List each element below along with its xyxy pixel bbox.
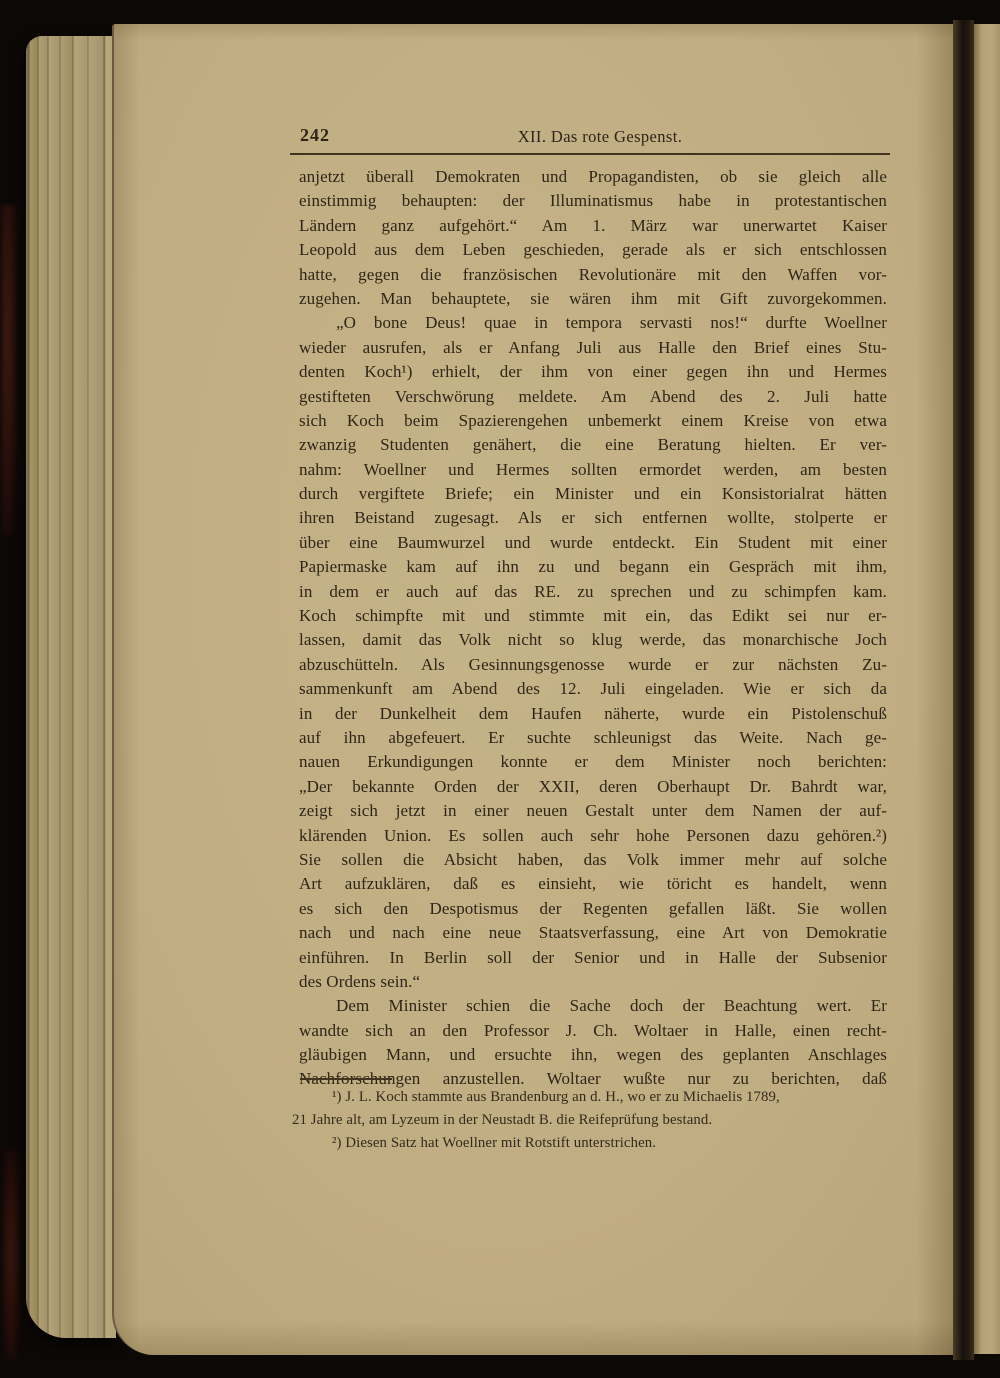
text-line: Sie sollen die Absicht haben, das Volk i…	[299, 848, 887, 872]
text-line: hatte, gegen die französischen Revolutio…	[299, 263, 887, 287]
text-line: auf ihn abgefeuert. Er suchte schleunigs…	[299, 726, 887, 750]
text-line: ihren Beistand zugesagt. Als er sich ent…	[299, 506, 887, 530]
text-line: klärenden Union. Es sollen auch sehr hoh…	[299, 824, 887, 848]
footnote-line: ²) Diesen Satz hat Woellner mit Rotstift…	[292, 1132, 886, 1155]
footnote-rule	[300, 1078, 392, 1080]
text-line: gläubigen Mann, und ersuchte ihn, wegen …	[299, 1043, 887, 1067]
text-line: Art aufzuklären, daß es einsieht, wie tö…	[299, 872, 887, 896]
book-cover-red-edge	[1, 205, 17, 535]
text-line: es sich den Despotismus der Regenten gef…	[299, 897, 887, 921]
text-line: „O bone Deus! quae in tempora servasti n…	[299, 311, 887, 335]
text-line: abzuschütteln. Als Gesinnungsgenosse wur…	[299, 653, 887, 677]
text-line: Dem Minister schien die Sache doch der B…	[299, 994, 887, 1018]
text-line: zugehen. Man behauptete, sie wären ihm m…	[299, 287, 887, 311]
text-line: „Der bekannte Orden der XXII, deren Ober…	[299, 775, 887, 799]
footnote-line: 21 Jahre alt, am Lyzeum in der Neustadt …	[292, 1109, 886, 1132]
page-stack-edges	[26, 36, 116, 1338]
header-rule	[290, 153, 890, 155]
footnotes: ¹) J. L. Koch stammte aus Brandenburg an…	[292, 1086, 886, 1155]
footnote-line: ¹) J. L. Koch stammte aus Brandenburg an…	[292, 1086, 886, 1109]
next-page-edge	[974, 24, 1000, 1354]
text-line: Papiermaske kam auf ihn zu und begann ei…	[299, 555, 887, 579]
text-line: lassen, damit das Volk nicht so klug wer…	[299, 628, 887, 652]
text-line: sich Koch beim Spazierengehen unbemerkt …	[299, 409, 887, 433]
text-line: über eine Baumwurzel und wurde entdeckt.…	[299, 531, 887, 555]
text-line: zwanzig Studenten genähert, die eine Ber…	[299, 433, 887, 457]
text-line: wieder ausrufen, als er Anfang Juli aus …	[299, 336, 887, 360]
text-line: anjetzt überall Demokraten und Propagand…	[299, 165, 887, 189]
text-line: nauen Erkundigungen konnte er dem Minist…	[299, 750, 887, 774]
page-header: 242 XII. Das rote Gespenst.	[300, 125, 900, 149]
body-text: anjetzt überall Demokraten und Propagand…	[299, 165, 887, 1092]
text-line: des Ordens sein.“	[299, 970, 887, 994]
text-line: einführen. In Berlin soll der Senior und…	[299, 946, 887, 970]
running-title: XII. Das rote Gespenst.	[300, 127, 900, 147]
text-line: einstimmig behaupten: der Illuminatismus…	[299, 189, 887, 213]
text-line: sammenkunft am Abend des 12. Juli eingel…	[299, 677, 887, 701]
text-line: Leopold aus dem Leben geschieden, gerade…	[299, 238, 887, 262]
text-line: durch vergiftete Briefe; ein Minister un…	[299, 482, 887, 506]
text-line: Koch schimpfte mit und stimmte mit ein, …	[299, 604, 887, 628]
text-line: gestifteten Verschwörung meldete. Am Abe…	[299, 385, 887, 409]
text-line: zeigt sich jetzt in einer neuen Gestalt …	[299, 799, 887, 823]
book-cover-red-edge	[2, 1150, 20, 1360]
book-page: 242 XII. Das rote Gespenst. anjetzt über…	[112, 24, 967, 1355]
text-line: nach und nach eine neue Staatsverfassung…	[299, 921, 887, 945]
text-line: nahm: Woellner und Hermes sollten ermord…	[299, 458, 887, 482]
text-line: Ländern ganz aufgehört.“ Am 1. März war …	[299, 214, 887, 238]
text-line: denten Koch¹) erhielt, der ihm von einer…	[299, 360, 887, 384]
text-line: in der Dunkelheit dem Haufen näherte, wu…	[299, 702, 887, 726]
text-line: wandte sich an den Professor J. Ch. Wolt…	[299, 1019, 887, 1043]
binding-gutter	[953, 20, 974, 1360]
book-scan: 242 XII. Das rote Gespenst. anjetzt über…	[0, 0, 1000, 1378]
text-line: in dem er auch auf das RE. zu sprechen u…	[299, 580, 887, 604]
